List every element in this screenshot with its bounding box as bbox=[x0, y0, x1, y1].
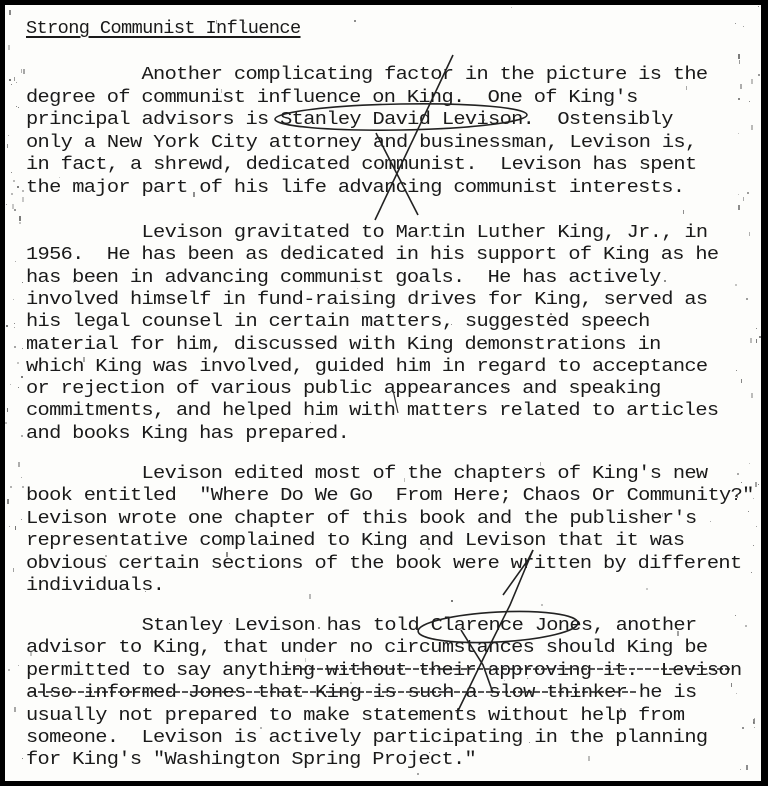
text-line: someone. Levison is actively participati… bbox=[26, 727, 707, 749]
text-line: in fact, a shrewd, dedicated communist. … bbox=[26, 154, 697, 176]
text-line: obvious certain sections of the book wer… bbox=[26, 553, 741, 575]
text-line: involved himself in fund-raising drives … bbox=[26, 289, 707, 311]
text-line: representative complained to King and Le… bbox=[26, 530, 684, 552]
text-line: for King's "Washington Spring Project." bbox=[26, 749, 476, 771]
document-page: Strong Communist Influence Another compl… bbox=[5, 5, 761, 781]
text-line: the major part of his life advancing com… bbox=[26, 177, 684, 199]
text-line: Another complicating factor in the pictu… bbox=[26, 64, 707, 86]
text-line: material for him, discussed with King de… bbox=[26, 334, 661, 356]
text-line: usually not prepared to make statements … bbox=[26, 705, 684, 727]
text-line: Levison gravitated to Martin Luther King… bbox=[26, 222, 707, 244]
text-line: principal advisors is Stanley David Levi… bbox=[26, 109, 673, 131]
text-line: Levison wrote one chapter of this book a… bbox=[26, 508, 697, 530]
text-line: permitted to say anything without their … bbox=[26, 660, 741, 682]
text-line: his legal counsel in certain matters, su… bbox=[26, 311, 650, 333]
text-line: degree of communist influence on King. O… bbox=[26, 87, 638, 109]
text-line: book entitled "Where Do We Go From Here;… bbox=[26, 485, 754, 507]
section-heading: Strong Communist Influence bbox=[26, 18, 301, 40]
text-line: individuals. bbox=[26, 575, 164, 597]
text-line: 1956. He has been as dedicated in his su… bbox=[26, 244, 718, 266]
text-line: also informed Jones that King is such a … bbox=[26, 682, 697, 704]
text-line: which King was involved, guided him in r… bbox=[26, 356, 707, 378]
text-line: Levison edited most of the chapters of K… bbox=[26, 463, 707, 485]
text-line: and books King has prepared. bbox=[26, 423, 349, 445]
text-line: Stanley Levison has told Clarence Jones,… bbox=[26, 615, 697, 637]
text-line: or rejection of various public appearanc… bbox=[26, 378, 661, 400]
text-line: advisor to King, that under no circumsta… bbox=[26, 637, 707, 659]
text-line: has been in advancing communist goals. H… bbox=[26, 267, 661, 289]
text-line: commitments, and helped him with matters… bbox=[26, 400, 718, 422]
text-line: only a New York City attorney and busine… bbox=[26, 132, 697, 154]
